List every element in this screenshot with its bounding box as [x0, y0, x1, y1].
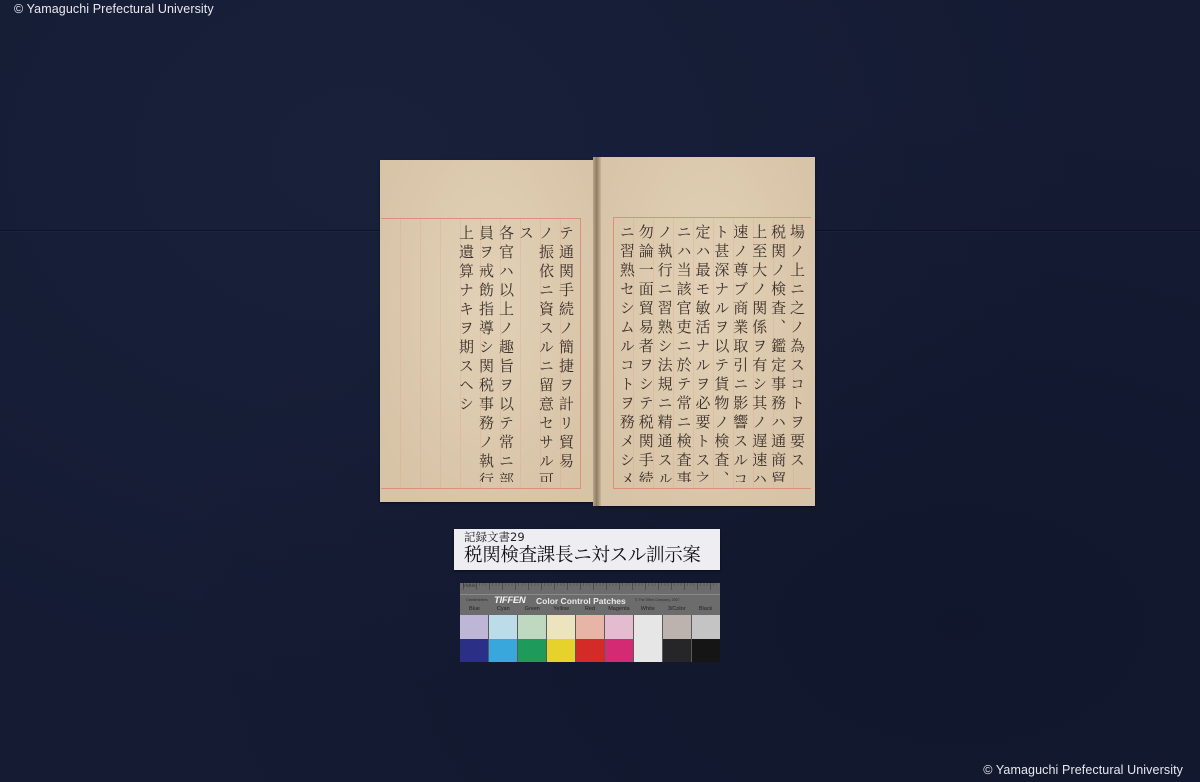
patch-swatch-dark [605, 639, 633, 663]
patch-labels: Blue Cyan Green Yellow Red Magenta White… [460, 606, 720, 615]
patch-label: Blue [460, 606, 489, 615]
copyright-bottom: © Yamaguchi Prefectural University [983, 763, 1183, 777]
patch-label: 3/Color [662, 606, 691, 615]
color-patches [460, 615, 720, 662]
color-control-chart: Inches Centimetres TIFFEN Color Control … [460, 583, 720, 662]
chart-title: Color Control Patches [536, 596, 626, 606]
patch-label: Red [576, 606, 605, 615]
red-frame-left: テ通関手続ノ簡捷ヲ計リ貿易 ノ振依ニ資スルニ留意セサル可カラ ス 各官ハ以上ノ趣… [381, 218, 581, 489]
text-column: 員ヲ戒飭指導シ関税事務ノ執行 [476, 225, 496, 482]
text-column: 場ノ上ニ之ノ為スコトヲ要ス [788, 224, 807, 482]
text-column: 税関ノ検査、鑑定事務ハ通商貿易 [769, 224, 788, 482]
patch-white [634, 615, 663, 662]
text-column: ノ振依ニ資スルニ留意セサル可カラ [536, 225, 556, 482]
patch-red [576, 615, 605, 662]
patch-swatch-light [547, 615, 575, 639]
text-column: 上至大ノ関係ヲ有シ其ノ遅速ハ迅 [750, 224, 769, 482]
patch-swatch-dark [547, 639, 575, 663]
chart-brand-row: Centimetres TIFFEN Color Control Patches… [460, 594, 720, 606]
text-column: テ通関手続ノ簡捷ヲ計リ貿易 [556, 225, 576, 482]
patch-cyan [489, 615, 518, 662]
label-title: 税関検査課長ニ対スル訓示案 [464, 544, 720, 567]
patch-swatch-light [692, 615, 720, 639]
patch-swatch-dark [576, 639, 604, 663]
patch-label: Magenta [604, 606, 633, 615]
patch-swatch-light [663, 615, 691, 639]
patch-swatch-dark [518, 639, 546, 663]
text-column: ス [516, 225, 536, 482]
patch-swatch-dark [663, 639, 691, 663]
handwritten-text-right: 場ノ上ニ之ノ為スコトヲ要ス 税関ノ検査、鑑定事務ハ通商貿易 上至大ノ関係ヲ有シ其… [618, 224, 807, 482]
patch-swatch-dark [489, 639, 517, 663]
label-subtitle: 記録文書29 [464, 531, 720, 544]
patch-label: Green [518, 606, 547, 615]
text-column: ノ執行ニ習熟シ法規ニ精通スルハ [656, 224, 675, 482]
patch-blue [460, 615, 489, 662]
patch-3-color [663, 615, 692, 662]
text-column: ト甚深ナルヲ以テ貨物ノ検査、鑑 [712, 224, 731, 482]
patch-swatch-light [576, 615, 604, 639]
chart-copyright: © The Tiffen Company, 2007 [635, 598, 679, 602]
copyright-top: © Yamaguchi Prefectural University [14, 2, 214, 16]
patch-label: Cyan [489, 606, 518, 615]
text-column: ニハ当該官吏ニ於テ常ニ検査事務 [675, 224, 694, 482]
centimetres-label: Centimetres [466, 597, 488, 602]
patch-yellow [547, 615, 576, 662]
text-column: 勿論一面貿易者ヲシテ税関手続 [637, 224, 656, 482]
handwritten-text-left: テ通関手続ノ簡捷ヲ計リ貿易 ノ振依ニ資スルニ留意セサル可カラ ス 各官ハ以上ノ趣… [385, 225, 576, 482]
tiffen-logo: TIFFEN [494, 595, 525, 606]
patch-swatch-dark [460, 639, 488, 663]
text-column: 上遺算ナキヲ期スヘシ [456, 225, 476, 482]
document-right-page: 場ノ上ニ之ノ為スコトヲ要ス 税関ノ検査、鑑定事務ハ通商貿易 上至大ノ関係ヲ有シ其… [598, 157, 815, 506]
ruler-major-ticks [463, 583, 717, 590]
patch-swatch-light [605, 615, 633, 639]
patch-swatch [634, 615, 662, 662]
document-left-page: テ通関手続ノ簡捷ヲ計リ貿易 ノ振依ニ資スルニ留意セサル可カラ ス 各官ハ以上ノ趣… [380, 160, 598, 502]
text-column: 各官ハ以上ノ趣旨ヲ以テ常ニ部下職 [496, 225, 516, 482]
patch-swatch-light [518, 615, 546, 639]
book-spine [593, 157, 601, 506]
patch-swatch-light [489, 615, 517, 639]
patch-label: White [633, 606, 662, 615]
catalog-label: 記録文書29 税関検査課長ニ対スル訓示案 [454, 529, 720, 570]
ruler-label: Inches [463, 583, 476, 588]
patch-swatch-dark [692, 639, 720, 663]
text-column: 速ノ尊ブ商業取引ニ影響スルコ [731, 224, 750, 482]
patch-label: Yellow [547, 606, 576, 615]
patch-swatch-light [460, 615, 488, 639]
text-column: 定ハ最モ敏活ナルヲ必要トス之カ為 [694, 224, 713, 482]
patch-green [518, 615, 547, 662]
text-column: ニ習熟セシムルコトヲ務メシメ相俟ツ [618, 224, 637, 482]
patch-label: Black [691, 606, 720, 615]
red-frame-right: 場ノ上ニ之ノ為スコトヲ要ス 税関ノ検査、鑑定事務ハ通商貿易 上至大ノ関係ヲ有シ其… [613, 217, 811, 489]
patch-magenta [605, 615, 634, 662]
patch-black [692, 615, 720, 662]
